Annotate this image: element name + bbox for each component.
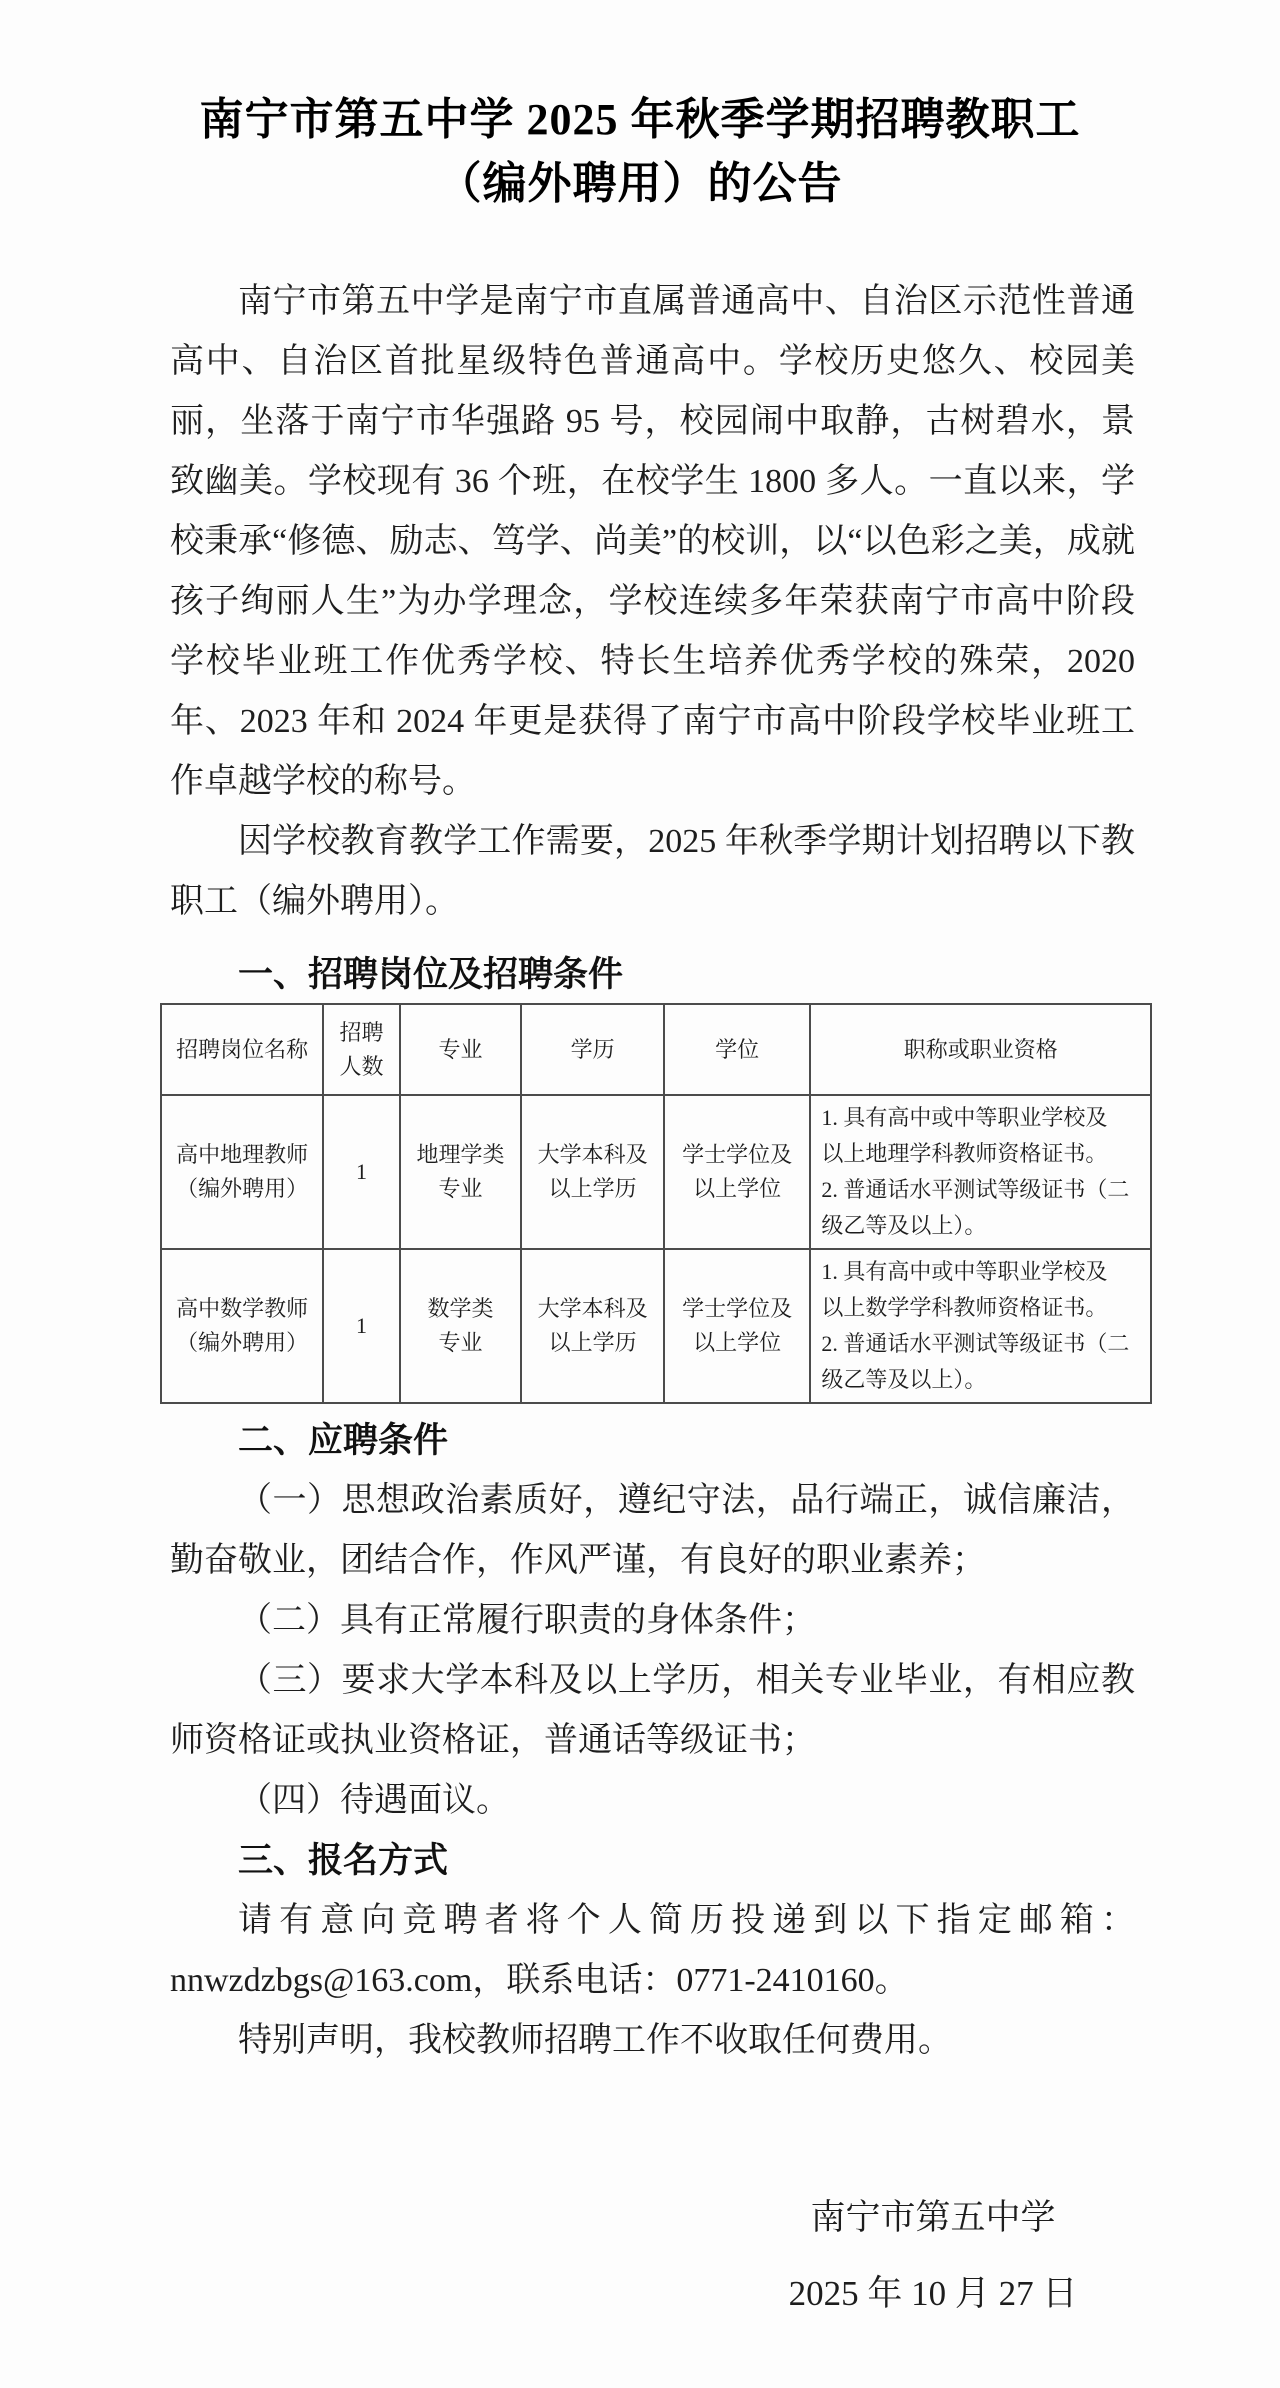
cell-degree: 学士学位及 以上学位 bbox=[664, 1249, 811, 1403]
condition-item-2: （二）具有正常履行职责的身体条件； bbox=[170, 1591, 1135, 1651]
section3-heading: 三、报名方式 bbox=[170, 1831, 1135, 1891]
cell-major: 数学类 专业 bbox=[400, 1249, 522, 1403]
header-position: 招聘岗位名称 bbox=[161, 1004, 323, 1095]
cell-count: 1 bbox=[323, 1095, 399, 1249]
section2-heading: 二、应聘条件 bbox=[170, 1411, 1135, 1471]
header-major: 专业 bbox=[400, 1004, 522, 1095]
cell-position: 高中地理教师 （编外聘用） bbox=[161, 1095, 323, 1249]
announcement-page: 南宁市第五中学 2025 年秋季学期招聘教职工 （编外聘用）的公告 南宁市第五中… bbox=[0, 0, 1280, 2388]
condition-item-4: （四）待遇面议。 bbox=[170, 1771, 1135, 1831]
page-title-line1: 南宁市第五中学 2025 年秋季学期招聘教职工 bbox=[0, 88, 1280, 152]
header-education: 学历 bbox=[521, 1004, 664, 1095]
page-title-line2: （编外聘用）的公告 bbox=[0, 152, 1280, 216]
cell-count: 1 bbox=[323, 1249, 399, 1403]
intro-section: 南宁市第五中学是南宁市直属普通高中、自治区示范性普通高中、自治区首批星级特色普通… bbox=[170, 272, 1135, 1005]
intro-paragraph-2: 因学校教育教学工作需要，2025 年秋季学期计划招聘以下教职工（编外聘用）。 bbox=[170, 812, 1135, 932]
fee-disclaimer: 特别声明，我校教师招聘工作不收取任何费用。 bbox=[170, 2011, 1135, 2071]
signature-date: 2025 年 10 月 27 日 bbox=[700, 2256, 1166, 2332]
recruitment-table: 招聘岗位名称 招聘 人数 专业 学历 学位 职称或职业资格 高中地理教师 （编外… bbox=[160, 1003, 1152, 1404]
apply-instructions: 请有意向竞聘者将个人简历投递到以下指定邮箱：nnwzdzbgs@163.com，… bbox=[170, 1891, 1135, 2011]
table-row: 高中数学教师 （编外聘用） 1 数学类 专业 大学本科及 以上学历 学士学位及 … bbox=[161, 1249, 1151, 1403]
signature-block: 南宁市第五中学 2025 年 10 月 27 日 bbox=[700, 2180, 1166, 2332]
header-count: 招聘 人数 bbox=[323, 1004, 399, 1095]
table-header-row: 招聘岗位名称 招聘 人数 专业 学历 学位 职称或职业资格 bbox=[161, 1004, 1151, 1095]
intro-paragraph-1: 南宁市第五中学是南宁市直属普通高中、自治区示范性普通高中、自治区首批星级特色普通… bbox=[170, 272, 1135, 812]
cell-major: 地理学类 专业 bbox=[400, 1095, 522, 1249]
cell-degree: 学士学位及 以上学位 bbox=[664, 1095, 811, 1249]
section1-heading: 一、招聘岗位及招聘条件 bbox=[170, 945, 1135, 1005]
table-row: 高中地理教师 （编外聘用） 1 地理学类 专业 大学本科及 以上学历 学士学位及… bbox=[161, 1095, 1151, 1249]
header-qualification: 职称或职业资格 bbox=[810, 1004, 1151, 1095]
cell-position: 高中数学教师 （编外聘用） bbox=[161, 1249, 323, 1403]
cell-education: 大学本科及 以上学历 bbox=[521, 1249, 664, 1403]
cell-qualification: 1. 具有高中或中等职业学校及 以上数学学科教师资格证书。 2. 普通话水平测试… bbox=[810, 1249, 1151, 1403]
condition-item-3: （三）要求大学本科及以上学历，相关专业毕业，有相应教师资格证或执业资格证，普通话… bbox=[170, 1651, 1135, 1771]
lower-sections: 二、应聘条件 （一）思想政治素质好，遵纪守法，品行端正，诚信廉洁，勤奋敬业，团结… bbox=[170, 1411, 1135, 2071]
page-title: 南宁市第五中学 2025 年秋季学期招聘教职工 （编外聘用）的公告 bbox=[0, 88, 1280, 216]
header-degree: 学位 bbox=[664, 1004, 811, 1095]
cell-qualification: 1. 具有高中或中等职业学校及 以上地理学科教师资格证书。 2. 普通话水平测试… bbox=[810, 1095, 1151, 1249]
signature-org: 南宁市第五中学 bbox=[700, 2180, 1166, 2256]
condition-item-1: （一）思想政治素质好，遵纪守法，品行端正，诚信廉洁，勤奋敬业，团结合作，作风严谨… bbox=[170, 1471, 1135, 1591]
cell-education: 大学本科及 以上学历 bbox=[521, 1095, 664, 1249]
